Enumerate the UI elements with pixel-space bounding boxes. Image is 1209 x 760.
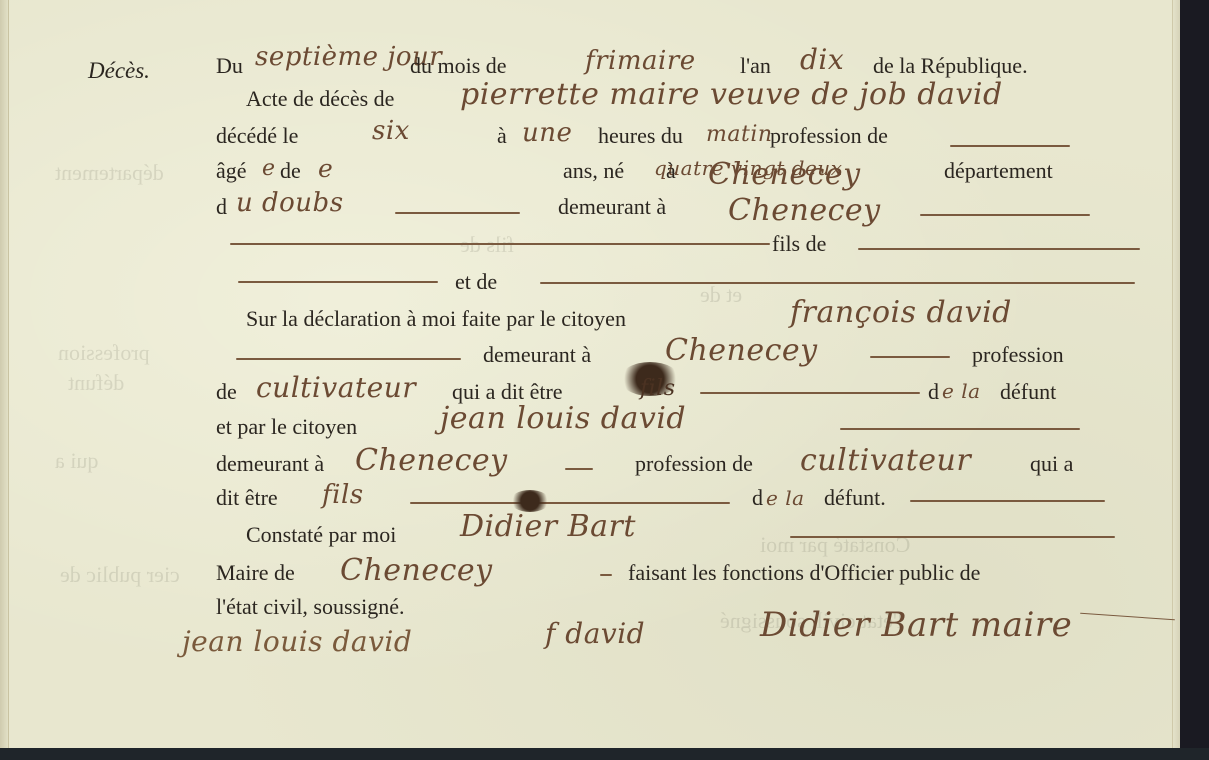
- show-through-text: fils de: [460, 232, 514, 258]
- printed-text: département: [944, 160, 1053, 182]
- blank-rule: [395, 212, 520, 214]
- handwritten-declarant-2-residence: Chenecey: [355, 446, 508, 476]
- handwritten-article: e la: [766, 488, 805, 508]
- handwritten-relation-1: fils: [640, 378, 676, 400]
- show-through-text: défunt: [68, 370, 124, 396]
- handwritten-declarant-2-profession: cultivateur: [800, 446, 971, 476]
- handwritten-age: e: [318, 156, 333, 181]
- signature-flourish: [1080, 613, 1175, 621]
- printed-text: fils de: [772, 233, 826, 255]
- handwritten-time-of-day: matin: [706, 124, 773, 146]
- printed-text: et de: [455, 271, 497, 293]
- handwritten-declarant-1-profession: cultivateur: [256, 374, 416, 402]
- page-binding-edge: [0, 0, 9, 748]
- printed-text: du mois de: [410, 55, 507, 77]
- handwritten-commune: Chenecey: [340, 556, 493, 586]
- signature-f-david: f david: [545, 620, 645, 648]
- handwritten-declarant-1-residence: Chenecey: [665, 336, 818, 366]
- handwritten-death-day: six: [372, 118, 410, 144]
- handwritten-residence: Chenecey: [728, 196, 881, 226]
- printed-text: Du: [216, 55, 243, 77]
- printed-text: Constaté par moi: [246, 524, 396, 546]
- signature-didier-bart-maire: Didier Bart maire: [760, 608, 1072, 642]
- printed-text: défunt: [1000, 381, 1056, 403]
- blank-rule: [858, 248, 1140, 250]
- printed-text: de la République.: [873, 55, 1028, 77]
- printed-text: demeurant à: [216, 453, 324, 475]
- printed-text: de: [216, 381, 237, 403]
- blank-rule: [910, 500, 1105, 502]
- show-through-text: et de: [700, 282, 742, 308]
- handwritten-gender-e: e: [262, 158, 276, 180]
- printed-text: d: [216, 196, 227, 218]
- printed-text: qui a dit être: [452, 381, 563, 403]
- handwritten-relation-2: fils: [322, 482, 364, 508]
- margin-title-deces: Décès.: [88, 58, 150, 84]
- scan-background-bottom: [0, 748, 1209, 760]
- handwritten-declarant-1: françois david: [790, 298, 1012, 328]
- handwritten-article: e la: [942, 381, 981, 401]
- blank-rule: [540, 282, 1135, 284]
- blank-rule: [920, 214, 1090, 216]
- show-through-text: département: [55, 160, 164, 186]
- blank-rule: [230, 243, 770, 245]
- scan-background-right: [1180, 0, 1209, 748]
- handwritten-department: u doubs: [236, 190, 344, 216]
- printed-text: défunt.: [824, 487, 886, 509]
- printed-text: dit être: [216, 487, 278, 509]
- blank-rule: [238, 281, 438, 283]
- printed-text: qui a: [1030, 453, 1073, 475]
- signature-jean-louis-david: jean louis david: [182, 628, 412, 656]
- handwritten-declarant-2: jean louis david: [440, 404, 686, 434]
- show-through-text: cier public de: [60, 562, 180, 588]
- blank-rule: [790, 536, 1115, 538]
- blank-rule: [840, 428, 1080, 430]
- handwritten-hour: une: [522, 120, 572, 146]
- printed-text: faisant les fonctions d'Officier public …: [628, 562, 980, 584]
- printed-text: Sur la déclaration à moi faite par le ci…: [246, 308, 626, 330]
- printed-text: demeurant à: [558, 196, 666, 218]
- printed-text: de: [280, 160, 301, 182]
- printed-text: décédé le: [216, 125, 298, 147]
- show-through-text: qui a: [55, 448, 98, 474]
- handwritten-month: frimaire: [585, 48, 696, 74]
- printed-text: ans, né: [563, 160, 624, 182]
- printed-text: à: [497, 125, 507, 147]
- blank-rule: [700, 392, 920, 394]
- blank-rule: [600, 574, 612, 576]
- printed-text: et par le citoyen: [216, 416, 357, 438]
- printed-text: Maire de: [216, 562, 295, 584]
- show-through-text: profession: [58, 340, 150, 366]
- blank-rule: [565, 468, 593, 470]
- printed-text: d: [928, 381, 939, 403]
- printed-text: profession: [972, 344, 1064, 366]
- handwritten-year: dix: [800, 46, 844, 74]
- blank-rule: [410, 502, 730, 504]
- handwritten-officer-name: Didier Bart: [460, 512, 636, 542]
- handwritten-birthplace: Chenecey: [708, 160, 861, 190]
- printed-text: à: [666, 160, 676, 182]
- printed-text: profession de: [635, 453, 753, 475]
- blank-rule: [236, 358, 461, 360]
- printed-text: âgé: [216, 160, 247, 182]
- printed-text: Acte de décès de: [246, 88, 394, 110]
- printed-text: d: [752, 487, 763, 509]
- handwritten-deceased-name: pierrette maire veuve de job david: [460, 80, 1003, 110]
- printed-text: l'an: [740, 55, 771, 77]
- printed-text: demeurant à: [483, 344, 591, 366]
- register-page: département profession défunt qui a cier…: [0, 0, 1180, 748]
- blank-rule: [950, 145, 1070, 147]
- blank-rule: [870, 356, 950, 358]
- printed-text: heures du: [598, 125, 683, 147]
- printed-text: l'état civil, soussigné.: [216, 596, 405, 618]
- printed-text: profession de: [770, 125, 888, 147]
